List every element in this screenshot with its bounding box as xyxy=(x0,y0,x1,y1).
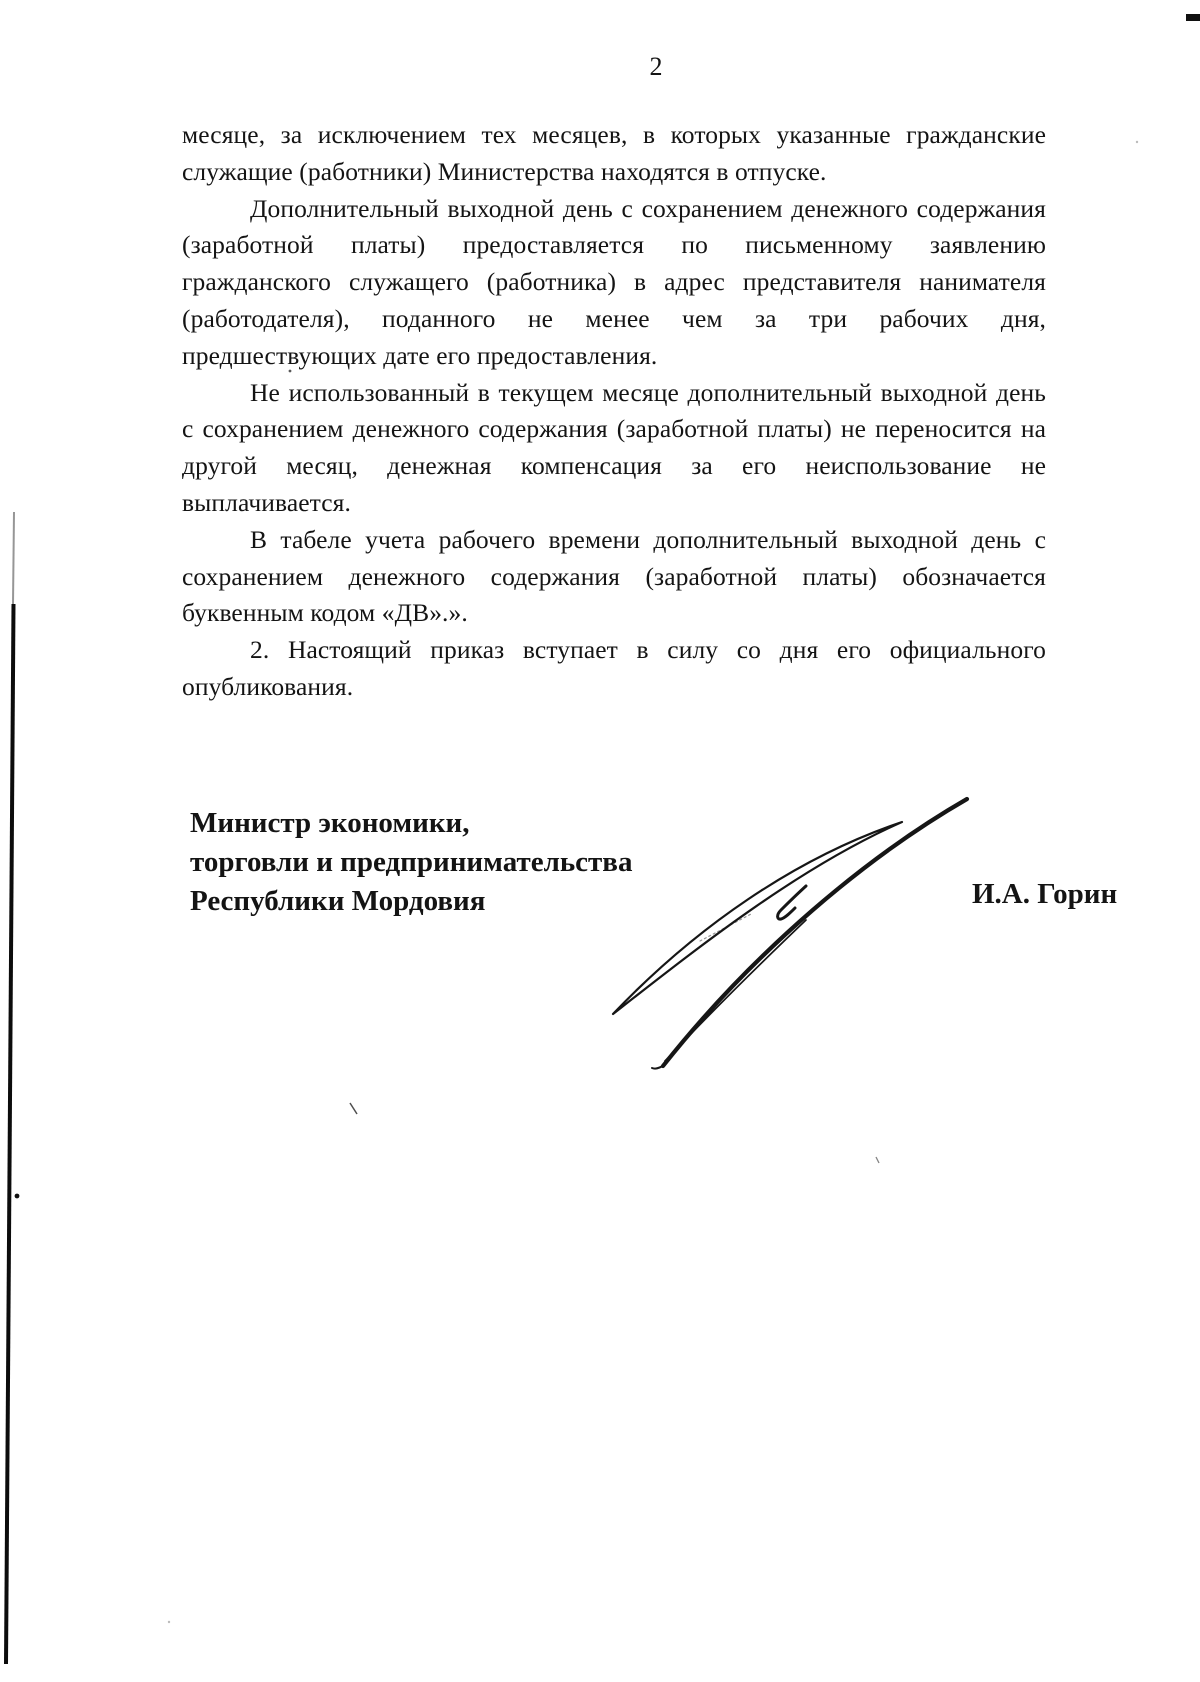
body-line-9: с сохранением денежного содержания (зара… xyxy=(182,411,1046,448)
body-line-12: В табеле учета рабочего времени дополнит… xyxy=(182,522,1046,559)
signature-stroke-main xyxy=(663,799,967,1066)
scan-speck xyxy=(15,1194,20,1199)
scan-speck xyxy=(168,1621,170,1623)
scan-speck-tick xyxy=(350,1103,357,1114)
body-line-2: служащие (работники) Министерства находя… xyxy=(182,154,1046,191)
signature-stroke-middle-tick xyxy=(778,886,806,919)
body-line-15: 2. Настоящий приказ вступает в силу со д… xyxy=(182,632,1046,669)
signer-name: И.А. Горин xyxy=(972,878,1117,911)
body-line-16: опубликования. xyxy=(182,669,1046,706)
signature-stroke-left-loop xyxy=(613,822,902,1014)
signature-stroke-echo xyxy=(665,920,806,1061)
signer-title-line-1: Министр экономики, xyxy=(190,804,632,843)
signature-stroke-faint-connector xyxy=(700,913,753,941)
body-line-14: буквенным кодом «ДВ».». xyxy=(182,595,1046,632)
scan-speck xyxy=(1136,141,1138,143)
body-line-10: другой месяц, денежная компенсация за ег… xyxy=(182,448,1046,485)
scan-corner-mark xyxy=(1186,14,1200,21)
body-line-11: выплачивается. xyxy=(182,485,1046,522)
signer-title-line-3: Республики Мордовия xyxy=(190,882,632,921)
scan-edge-line-faint xyxy=(13,512,14,604)
scanned-document-page: 2 месяце, за исключением тех месяцев, в … xyxy=(0,0,1200,1682)
body-line-3: Дополнительный выходной день с сохранени… xyxy=(182,191,1046,228)
signer-title-line-2: торговли и предпринимательства xyxy=(190,843,632,882)
body-line-8: Не использованный в текущем месяце допол… xyxy=(182,375,1046,412)
body-line-7: предшествующих дате его предоставления. xyxy=(182,338,1046,375)
signer-title-block: Министр экономики, торговли и предприним… xyxy=(190,804,632,921)
body-line-4: (заработной платы) предоставляется по пи… xyxy=(182,227,1046,264)
body-line-13: сохранением денежного содержания (зарабо… xyxy=(182,559,1046,596)
page-number: 2 xyxy=(636,52,676,82)
body-line-6: (работодателя), поданного не менее чем з… xyxy=(182,301,1046,338)
scan-edge-line xyxy=(6,604,14,1664)
body-line-5: гражданского служащего (работника) в адр… xyxy=(182,264,1046,301)
body-line-1: месяце, за исключением тех месяцев, в ко… xyxy=(182,117,1046,154)
signature-stroke-bottom-hook xyxy=(652,1065,664,1069)
document-body: месяце, за исключением тех месяцев, в ко… xyxy=(182,117,1046,706)
scan-speck-tick xyxy=(876,1157,879,1163)
